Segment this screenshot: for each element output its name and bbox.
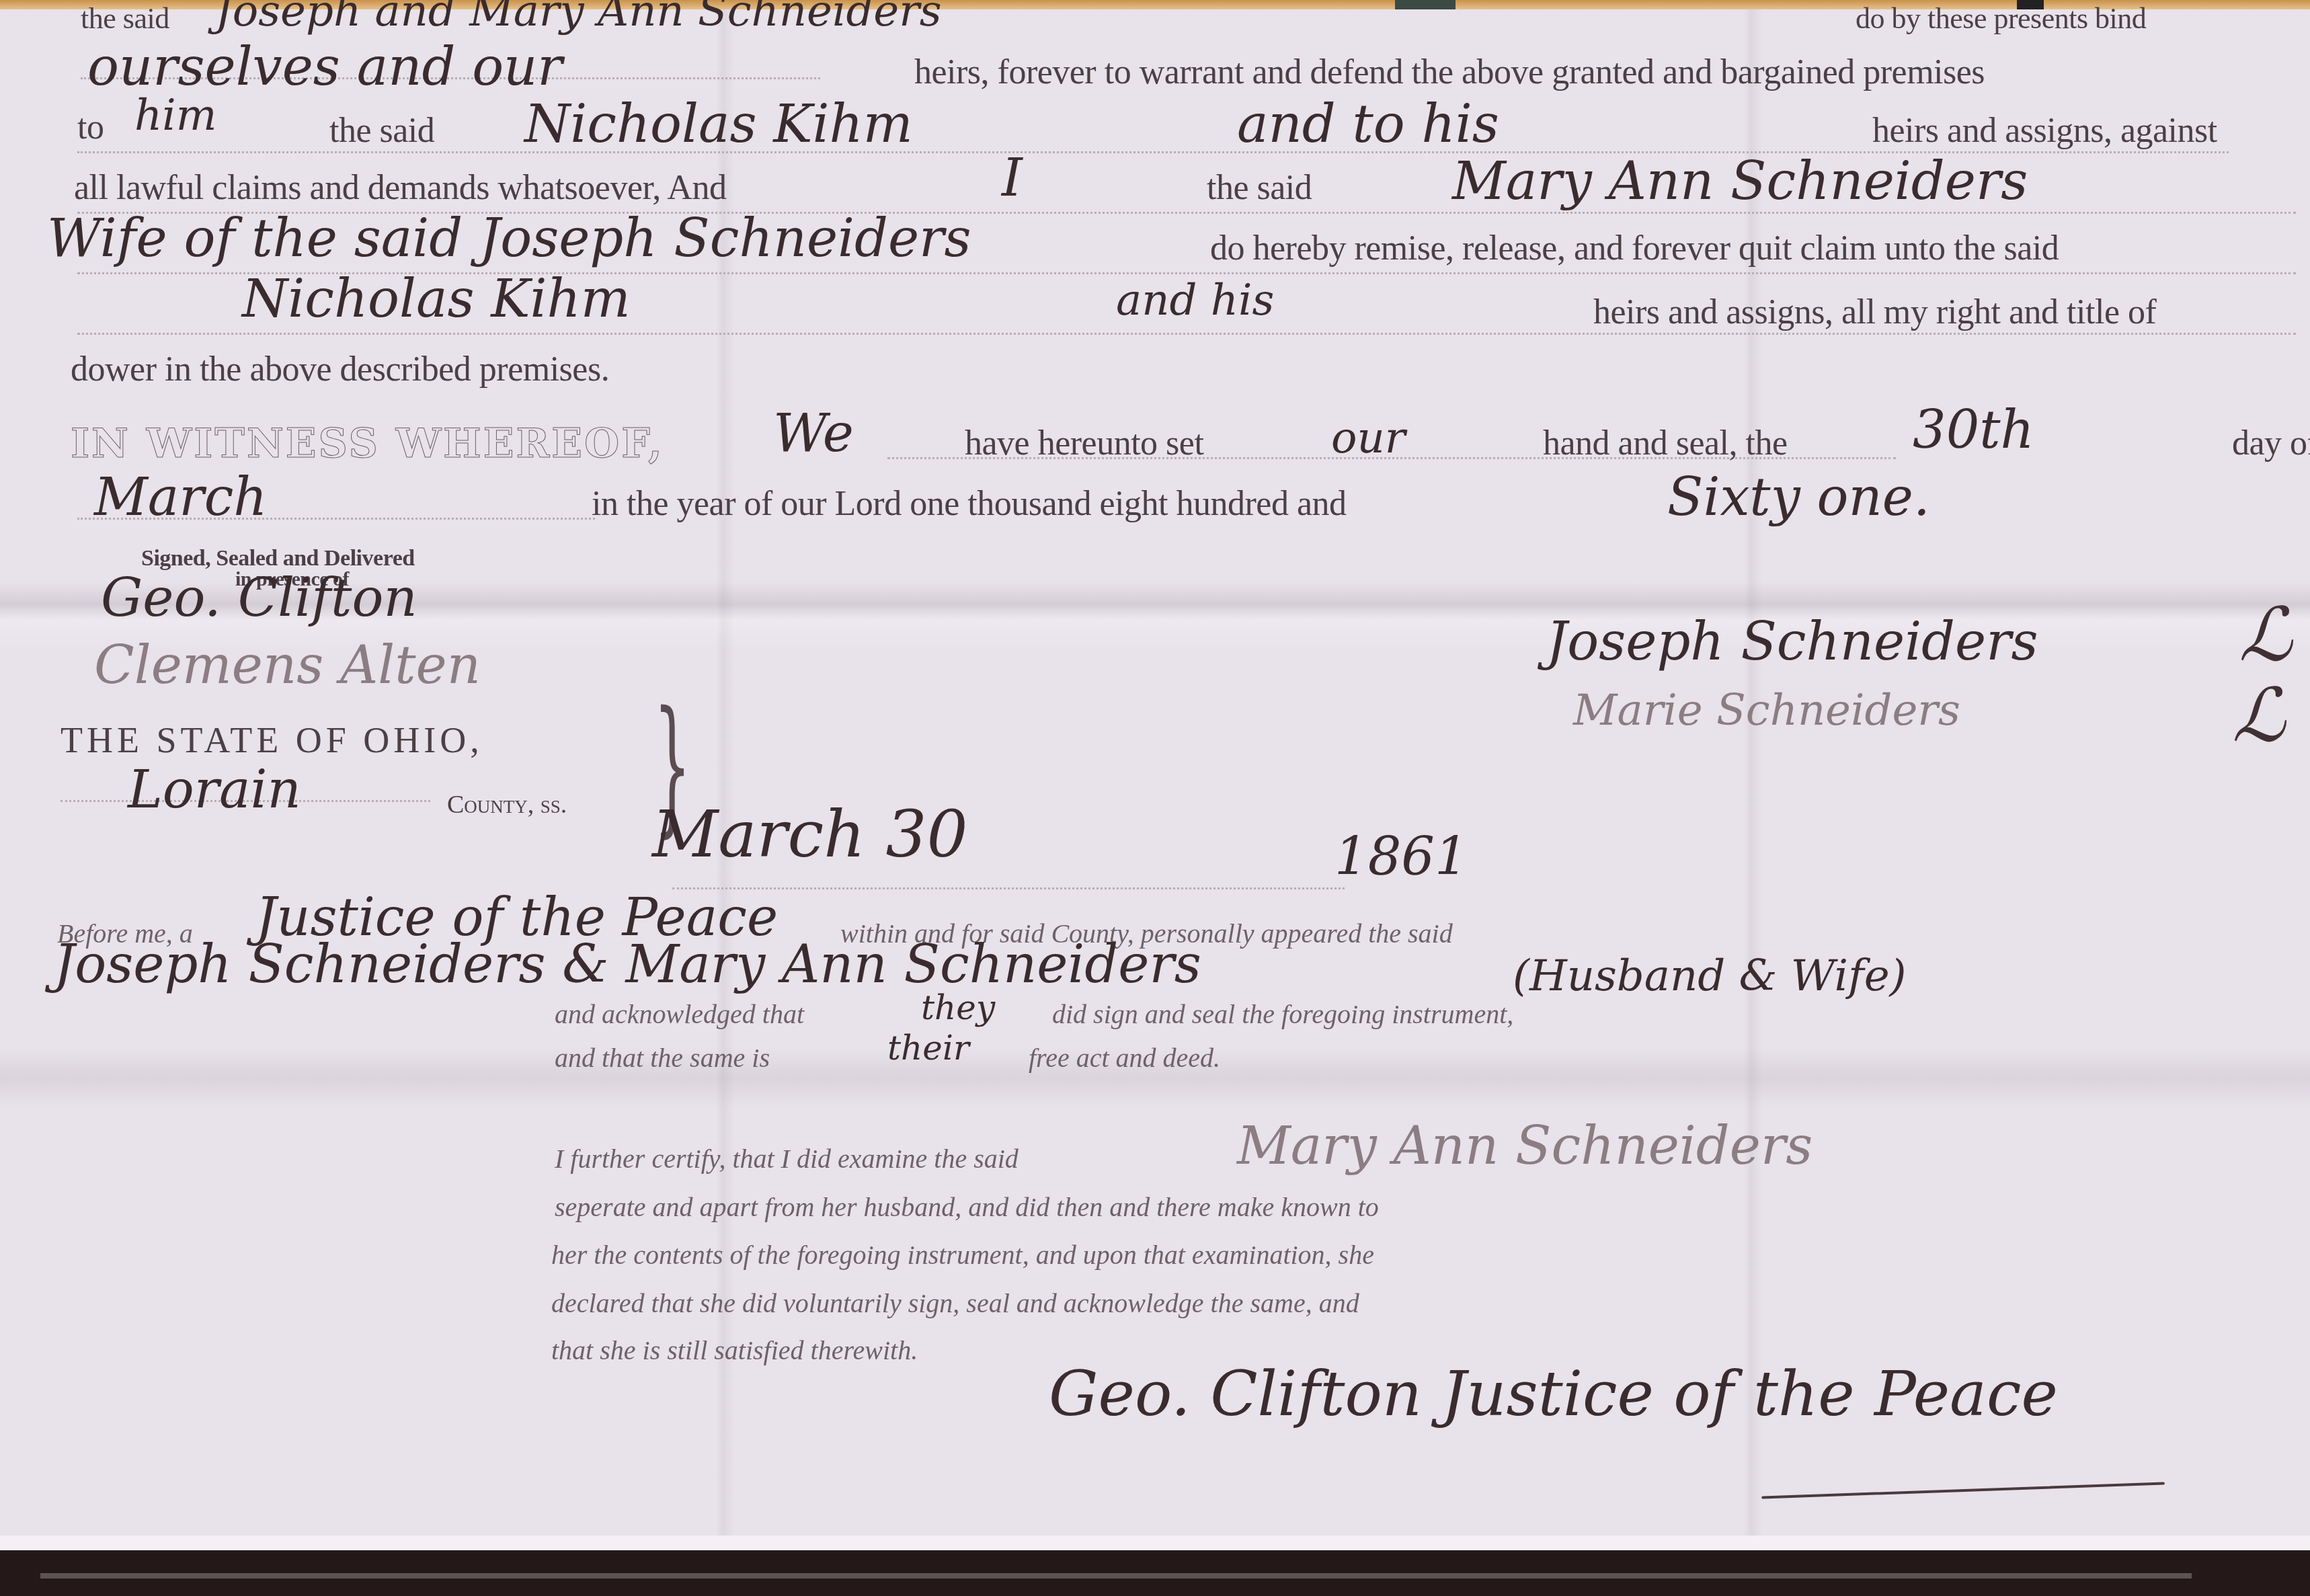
grantor-signature-2: Marie Schneiders (1573, 686, 1960, 735)
witness-signature-2: Clemens Alten (94, 635, 481, 696)
print-text: the said (81, 1, 169, 36)
print-text: that she is still satisfied therewith. (551, 1334, 918, 1366)
handwritten-grantee: Nicholas Kihm (242, 269, 631, 329)
print-text: did sign and seal the foregoing instrume… (1052, 998, 1513, 1030)
handwritten-grantee: Nicholas Kihm (524, 94, 913, 155)
print-text: her the contents of the foregoing instru… (551, 1239, 1374, 1271)
paper-bottom-edge (0, 1535, 2310, 1550)
print-text: do hereby remise, release, and forever q… (1210, 229, 2059, 268)
print-text: I further certify, that I did examine th… (555, 1143, 1019, 1174)
state-heading: THE STATE OF OHIO, (61, 719, 483, 761)
print-text: do by these presents bind (1856, 1, 2146, 36)
print-text: seperate and apart from her husband, and… (555, 1191, 1379, 1223)
handwritten-wife-name: Mary Ann Schneiders (1452, 151, 2028, 212)
handwritten-month: March (94, 467, 268, 528)
handwritten-their: their (887, 1029, 969, 1068)
handwritten-relation: (Husband & Wife) (1513, 951, 1906, 1001)
grantor-signature-1: Joseph Schneiders (1546, 612, 2038, 672)
print-text: hand and seal, the (1543, 424, 1788, 463)
print-text: and that the same is (555, 1042, 770, 1074)
print-text: the said (329, 111, 434, 151)
handwritten-and-his: and his (1116, 276, 1274, 325)
seal-flourish-1: ℒ (2239, 592, 2292, 678)
handwritten-wife-name: Mary Ann Schneiders (1237, 1116, 1813, 1176)
handwritten-ourselves: ourselves and our (87, 37, 563, 97)
frame-bottom-line (40, 1573, 2192, 1579)
print-text: all lawful claims and demands whatsoever… (74, 168, 726, 208)
handwritten-year: Sixty one. (1667, 467, 1930, 528)
handwritten-they: they (921, 988, 995, 1027)
handwritten-parties: Joseph Schneiders & Mary Ann Schneiders (54, 934, 1201, 995)
officer-signature: Geo. Clifton Justice of the Peace (1049, 1358, 2058, 1430)
witness-signature-1: Geo. Clifton (101, 568, 417, 629)
handwritten-wife-of: Wife of the said Joseph Schneiders (47, 208, 971, 269)
print-text: heirs and assigns, all my right and titl… (1593, 292, 2156, 332)
print-text: free act and deed. (1029, 1042, 1220, 1074)
print-text: have hereunto set (965, 424, 1203, 463)
print-text: dower in the above described premises. (71, 350, 609, 389)
print-text: heirs and assigns, against (1872, 111, 2217, 151)
handwritten-grantors: Joseph and Mary Ann Schneiders (215, 0, 942, 36)
handwritten-county: Lorain (128, 760, 301, 820)
county-label: County, ss. (447, 790, 567, 820)
handwritten-and-to-his: and to his (1237, 94, 1499, 155)
print-text: declared that she did voluntarily sign, … (551, 1287, 1359, 1319)
handwritten-day: 30th (1913, 400, 2034, 461)
print-text: day of (2232, 424, 2310, 463)
print-text: and acknowledged that (555, 998, 804, 1030)
handwritten-him: him (134, 91, 216, 141)
print-text: the said (1207, 168, 1312, 208)
print-text: to (77, 108, 104, 147)
fill-line (77, 333, 2296, 335)
handwritten-ack-date: March 30 (652, 797, 968, 872)
handwritten-our: our (1331, 413, 1405, 463)
in-witness-heading: IN WITNESS WHEREOF, (71, 420, 664, 467)
print-text: in the year of our Lord one thousand eig… (592, 484, 1346, 524)
seal-flourish-2: ℒ (2232, 672, 2285, 758)
handwritten-ack-year: 1861 (1335, 827, 1468, 887)
handwritten-we: We (773, 403, 854, 464)
handwritten-i: I (1002, 148, 1023, 208)
print-text: heirs, forever to warrant and defend the… (914, 52, 1985, 92)
